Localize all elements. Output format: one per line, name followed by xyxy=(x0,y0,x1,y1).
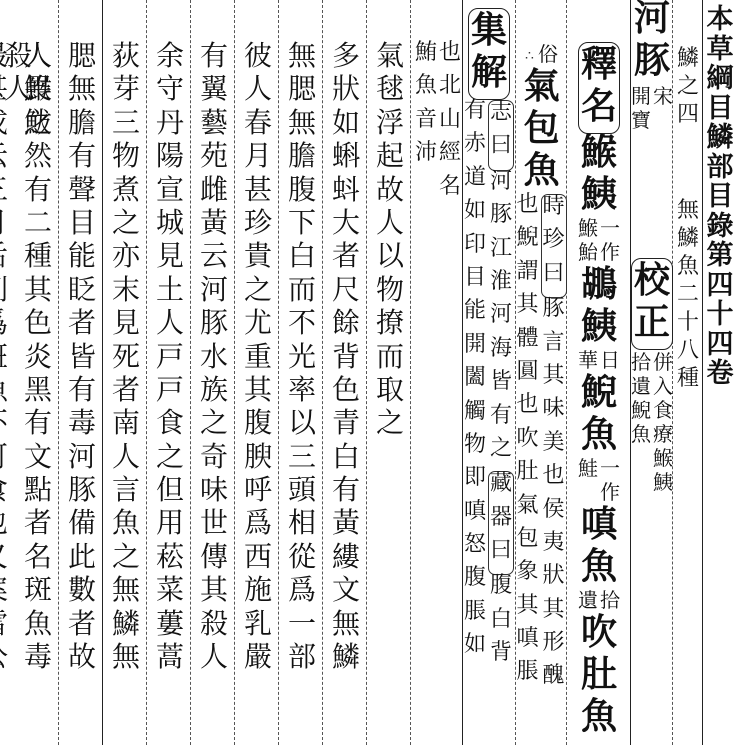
beishan-note: 也北山經名 鮪魚音沛 xyxy=(412,42,464,209)
glyph: 施 xyxy=(244,576,272,609)
zangqi-label: 藏器曰 xyxy=(488,471,514,575)
glyph: 菘 xyxy=(156,543,184,576)
glyph: 一 xyxy=(288,610,316,643)
glyph: 無 xyxy=(288,109,316,142)
glyph: 從 xyxy=(288,543,316,576)
glyph: 宋 xyxy=(653,86,673,110)
glyph: 人 xyxy=(200,643,228,676)
glyph: 傳 xyxy=(200,543,228,576)
glyph: 珍 xyxy=(543,229,565,262)
glyph: 之 xyxy=(490,438,512,471)
glyph: 殺 xyxy=(4,42,32,75)
glyph: 之 xyxy=(376,409,404,442)
glyph: 言 xyxy=(543,332,565,365)
section-heading: 鱗之四 xyxy=(674,48,702,132)
glyph: 雷 xyxy=(0,610,8,643)
body-column: 無腮無膽腹下白而不光率以三頭相從爲一部 xyxy=(280,42,324,676)
glyph: 如 xyxy=(332,109,360,142)
glyph: 世 xyxy=(200,509,228,542)
glyph: 不 xyxy=(0,409,8,442)
glyph: 鮧 xyxy=(581,308,617,350)
glyph: 者 xyxy=(332,242,360,275)
glyph: 鱗 xyxy=(677,48,699,76)
title-glyph: 錄 xyxy=(707,213,734,243)
glyph: 包 xyxy=(523,110,559,152)
glyph: 開 xyxy=(631,86,651,110)
glyph: 死 xyxy=(112,343,140,376)
glyph: 其 xyxy=(516,595,538,628)
glyph: 備 xyxy=(68,509,96,542)
glyph: 藝 xyxy=(200,109,228,142)
glyph: 其 xyxy=(516,294,538,327)
glyph: 戸 xyxy=(156,376,184,409)
glyph: 有 xyxy=(24,176,52,209)
jijie-label: 集解 xyxy=(468,8,510,100)
glyph: 人 xyxy=(156,309,184,342)
glyph: 蒿 xyxy=(156,643,184,676)
glyph: 宣 xyxy=(156,176,184,209)
title-glyph: 綱 xyxy=(707,65,734,95)
glyph: 曰 xyxy=(490,135,512,168)
glyph: 言 xyxy=(112,476,140,509)
title-glyph: 第 xyxy=(707,242,734,272)
glyph: 解 xyxy=(471,54,507,96)
glyph: 狀 xyxy=(332,75,360,108)
glyph: 鮧 xyxy=(653,472,673,496)
glyph: 二 xyxy=(677,284,699,312)
glyph: 頭 xyxy=(288,476,316,509)
glyph: 醜 xyxy=(543,665,565,698)
glyph: 鯢 xyxy=(516,227,538,260)
glyph: 奇 xyxy=(200,443,228,476)
glyph: 腮 xyxy=(68,42,96,75)
glyph: 見 xyxy=(156,242,184,275)
glyph: 取 xyxy=(376,376,404,409)
glyph: 形 xyxy=(543,632,565,665)
glyph: 蝌 xyxy=(332,142,360,175)
glyph: 煮 xyxy=(112,176,140,209)
glyph: 二 xyxy=(24,209,52,242)
glyph: 有 xyxy=(464,100,486,133)
glyph: 嗔 xyxy=(464,501,486,534)
glyph: 謂 xyxy=(516,261,538,294)
glyph: 鱗 xyxy=(332,643,360,676)
glyph: 名 xyxy=(24,543,52,576)
glyph: 魚 xyxy=(581,416,617,458)
glyph: 遺 xyxy=(631,376,651,400)
glyph: 有 xyxy=(68,376,96,409)
glyph: 種 xyxy=(677,368,699,396)
glyph: 云 xyxy=(200,242,228,275)
glyph: 無 xyxy=(332,610,360,643)
glyph: 肚 xyxy=(581,656,617,698)
glyph: 也 xyxy=(516,194,538,227)
glyph: 可 xyxy=(0,443,8,476)
glyph: 也 xyxy=(439,42,461,75)
zhi-label: 志曰 xyxy=(488,100,514,171)
glyph: 黃 xyxy=(332,509,360,542)
glyph: 十 xyxy=(677,312,699,340)
glyph: 併 xyxy=(653,352,673,376)
glyph: 無 xyxy=(68,75,96,108)
glyph: 之 xyxy=(112,209,140,242)
glyph: 豚 xyxy=(543,298,565,331)
glyph: 鱗 xyxy=(112,610,140,643)
glyph: 毬 xyxy=(376,75,404,108)
glyph: 斑 xyxy=(0,343,8,376)
section-count: 無鱗魚二十八種 xyxy=(674,200,702,396)
body-column: 最甚或云三月后則爲斑魚不可食也又案雷公 xyxy=(0,42,16,676)
body-column: 余守丹陽宣城見土人戸戸食之但用菘菜蔞蒿 xyxy=(148,42,192,676)
glyph: 膽 xyxy=(68,109,96,142)
glyph: 尺 xyxy=(332,276,360,309)
glyph: 以 xyxy=(288,409,316,442)
glyph: 療 xyxy=(653,424,673,448)
glyph: 余 xyxy=(156,42,184,75)
glyph: 八 xyxy=(677,340,699,368)
glyph: 校 xyxy=(634,262,670,304)
glyph: 三 xyxy=(0,176,8,209)
glyph: 其 xyxy=(543,599,565,632)
glyph: 人 xyxy=(244,75,272,108)
body-column: 氣毬浮起故人以物撩而取之 xyxy=(368,42,412,443)
glyph: 目 xyxy=(68,209,96,242)
glyph: 豚 xyxy=(490,204,512,237)
body-column: 彼人春月甚珍貴之尤重其腹腴呼爲西施乳嚴 xyxy=(236,42,280,676)
glyph: 西 xyxy=(244,543,272,576)
glyph: 曰 xyxy=(543,263,565,296)
body-column: 有翼藝苑雌黃云河豚水族之奇味世傳其殺人 xyxy=(192,42,236,676)
glyph: 如 xyxy=(464,634,486,667)
glyph: 毒 xyxy=(24,643,52,676)
glyph: 有 xyxy=(24,409,52,442)
glyph: 不 xyxy=(288,309,316,342)
glyph: 膽 xyxy=(288,142,316,175)
glyph: 鶘 xyxy=(581,266,617,308)
glyph: 魚 xyxy=(581,548,617,590)
title-glyph: 部 xyxy=(707,154,734,184)
glyph: 入 xyxy=(653,376,673,400)
glyph: 聲 xyxy=(68,176,96,209)
glyph: 苑 xyxy=(200,142,228,175)
glyph: 故 xyxy=(68,643,96,676)
glyph: 珍 xyxy=(244,209,272,242)
entry-name: 河豚 xyxy=(634,0,670,84)
glyph: 北 xyxy=(439,75,461,108)
glyph: 夷 xyxy=(543,532,565,565)
glyph: 其 xyxy=(24,276,52,309)
glyph: 目 xyxy=(464,267,486,300)
glyph: 嗔 xyxy=(516,628,538,661)
glyph: 氣 xyxy=(376,42,404,75)
glyph: 豚 xyxy=(68,476,96,509)
glyph: 其 xyxy=(543,365,565,398)
glyph: 后 xyxy=(0,242,8,275)
glyph: 河 xyxy=(200,276,228,309)
glyph: 守 xyxy=(156,75,184,108)
glyph: 曰 xyxy=(490,540,512,573)
glyph: 經 xyxy=(439,142,461,175)
glyph: 多 xyxy=(332,42,360,75)
glyph: 魚 xyxy=(523,152,559,194)
glyph: 相 xyxy=(288,509,316,542)
glyph: 鯢 xyxy=(581,374,617,416)
glyph: 腹 xyxy=(490,575,512,608)
glyph: 餘 xyxy=(332,309,360,342)
glyph: 末 xyxy=(112,276,140,309)
glyph: 河 xyxy=(68,443,96,476)
glyph: 印 xyxy=(464,234,486,267)
glyph: 用 xyxy=(156,509,184,542)
glyph: 魚 xyxy=(24,610,52,643)
glyph: 鯸 xyxy=(653,448,673,472)
glyph: 色 xyxy=(24,309,52,342)
glyph: 時 xyxy=(543,196,565,229)
column-rule xyxy=(702,0,703,745)
glyph: 春 xyxy=(244,109,272,142)
glyph: 亦 xyxy=(112,242,140,275)
glyph: 爲 xyxy=(0,309,8,342)
glyph: 闔 xyxy=(464,367,486,400)
title-glyph: 卷 xyxy=(707,360,734,390)
glyph: 人 xyxy=(112,443,140,476)
title-glyph: 十 xyxy=(707,301,734,331)
body-column: 荻芽三物煮之亦末見死者南人言魚之無鱗無 xyxy=(104,42,148,676)
body-column: 腮無膽有聲目能眨者皆有毒河豚備此數者故 xyxy=(60,42,104,676)
glyph: 肚 xyxy=(516,461,538,494)
glyph: 三 xyxy=(288,443,316,476)
glyph: 率 xyxy=(288,376,316,409)
glyph: 圓 xyxy=(516,361,538,394)
glyph: 公 xyxy=(0,643,8,676)
glyph: 然 xyxy=(24,142,52,175)
glyph: 象 xyxy=(516,561,538,594)
glyph: 殺 xyxy=(200,610,228,643)
glyph: 之 xyxy=(156,443,184,476)
title-glyph: 目 xyxy=(707,95,734,125)
glyph: 吹 xyxy=(581,614,617,656)
glyph: 狀 xyxy=(543,565,565,598)
glyph: 之 xyxy=(677,76,699,104)
glyph: 正 xyxy=(634,304,670,346)
glyph: 皆 xyxy=(490,371,512,404)
glyph: 黑 xyxy=(24,376,52,409)
entry-heading-column: 河豚 宋 開寶 xyxy=(632,0,672,134)
glyph: 呼 xyxy=(244,476,272,509)
glyph: 者 xyxy=(24,509,52,542)
jijie-column: 集解志曰河豚江淮河海皆有之藏器曰腹白背有赤道如印目能開闔觸物即嗔怒腹脹如 xyxy=(464,8,514,676)
glyph: 青 xyxy=(332,409,360,442)
glyph: 水 xyxy=(200,343,228,376)
glyph: 一 xyxy=(600,218,620,242)
glyph: 器 xyxy=(490,507,512,540)
glyph: 體 xyxy=(516,328,538,361)
glyph: 山 xyxy=(439,109,461,142)
glyph: 毒 xyxy=(68,409,96,442)
glyph: 侯 xyxy=(543,499,565,532)
glyph: 白 xyxy=(490,609,512,642)
glyph: 如 xyxy=(464,200,486,233)
glyph: 之 xyxy=(200,409,228,442)
glyph: 種 xyxy=(24,242,52,275)
glyph: 鮭 xyxy=(578,458,598,482)
glyph: 寶 xyxy=(631,110,651,134)
annotation-pair: 一作鮭 xyxy=(578,458,620,506)
glyph: 眨 xyxy=(68,276,96,309)
glyph: 其 xyxy=(200,576,228,609)
glyph: 陽 xyxy=(156,142,184,175)
entry-name-glyph: 豚 xyxy=(634,42,670,84)
glyph: 食 xyxy=(0,476,8,509)
glyph: 以 xyxy=(376,242,404,275)
glyph: 藏 xyxy=(490,473,512,506)
glyph: 土 xyxy=(156,276,184,309)
glyph: 有 xyxy=(200,42,228,75)
glyph: 故 xyxy=(376,176,404,209)
glyph: 皆 xyxy=(68,343,96,376)
glyph: 或 xyxy=(0,109,8,142)
glyph: 見 xyxy=(112,309,140,342)
glyph: 氣 xyxy=(523,68,559,110)
glyph: 乳 xyxy=(244,610,272,643)
glyph: 云 xyxy=(0,142,8,175)
glyph: 丹 xyxy=(156,109,184,142)
glyph: 部 xyxy=(288,643,316,676)
glyph: 戸 xyxy=(156,343,184,376)
glyph: 食 xyxy=(653,400,673,424)
glyph: 味 xyxy=(200,476,228,509)
glyph: 拾 xyxy=(631,352,651,376)
glyph: 氣 xyxy=(516,495,538,528)
glyph: 四 xyxy=(677,104,699,132)
glyph: 月 xyxy=(0,209,8,242)
glyph: 無 xyxy=(112,576,140,609)
glyph: 大 xyxy=(332,209,360,242)
glyph: 者 xyxy=(68,309,96,342)
glyph: 味 xyxy=(543,398,565,431)
glyph: 物 xyxy=(112,142,140,175)
glyph: 數 xyxy=(68,576,96,609)
glyph: 豚 xyxy=(200,309,228,342)
glyph: 淮 xyxy=(490,271,512,304)
title-glyph: 草 xyxy=(707,36,734,66)
shiming-label: 釋名 xyxy=(578,42,620,134)
shizhen-column: 俗∴氣包魚時珍曰豚言其味美也侯夷狀其形醜也鯢謂其體圓也吹肚氣包象其嗔脹 xyxy=(517,44,566,699)
glyph: 甚 xyxy=(244,176,272,209)
glyph: 撩 xyxy=(376,309,404,342)
glyph: 其 xyxy=(244,376,272,409)
glyph: 也 xyxy=(543,465,565,498)
glyph: 物 xyxy=(464,434,486,467)
glyph: 鯸 xyxy=(581,134,617,176)
glyph: 城 xyxy=(156,209,184,242)
glyph: 爲 xyxy=(244,509,272,542)
jiaozheng-label: 校正 xyxy=(631,258,673,350)
glyph: 食 xyxy=(156,409,184,442)
glyph: 美 xyxy=(543,432,565,465)
glyph: 觸 xyxy=(464,401,486,434)
glyph: 光 xyxy=(288,343,316,376)
glyph: 者 xyxy=(112,376,140,409)
title-glyph: 四 xyxy=(707,272,734,302)
glyph: 有 xyxy=(68,142,96,175)
glyph: 炎 xyxy=(24,343,52,376)
glyph: 文 xyxy=(24,443,52,476)
shiming-column: 釋名鯸鮧一作鯸鮐鶘鮧日華鯢魚一作鮭嗔魚拾遺吹肚魚 xyxy=(568,42,630,740)
glyph: 包 xyxy=(516,528,538,561)
glyph: 白 xyxy=(332,443,360,476)
glyph: 起 xyxy=(376,142,404,175)
glyph: 河 xyxy=(490,304,512,337)
entry-source-note: 宋 開寶 xyxy=(631,86,673,134)
punctuation-mark: ∴ xyxy=(525,48,534,64)
glyph: 荻 xyxy=(112,42,140,75)
glyph: 赤 xyxy=(464,133,486,166)
glyph: 嚴 xyxy=(244,643,272,676)
scanned-page: 本草綱目鱗部目錄第四十四卷 鱗之四 無鱗魚二十八種 河豚 宋 開寶 校正 併入食… xyxy=(0,0,736,745)
glyph: 鯸 xyxy=(578,218,598,242)
glyph: 魚 xyxy=(0,376,8,409)
glyph: 背 xyxy=(490,642,512,675)
glyph: 斑 xyxy=(24,576,52,609)
glyph: 志 xyxy=(490,102,512,135)
glyph: 腹 xyxy=(464,567,486,600)
body-column: 殺人 xyxy=(0,42,40,109)
glyph: 白 xyxy=(288,242,316,275)
glyph: 鱗 xyxy=(677,228,699,256)
glyph: 三 xyxy=(112,109,140,142)
glyph: 背 xyxy=(332,343,360,376)
glyph: 能 xyxy=(464,300,486,333)
glyph: 鮧 xyxy=(581,176,617,218)
glyph: 河 xyxy=(490,171,512,204)
glyph: 之 xyxy=(244,276,272,309)
glyph: 鮪 xyxy=(415,42,437,75)
glyph: 人 xyxy=(4,75,32,108)
glyph: 魚 xyxy=(631,424,651,448)
glyph: 集 xyxy=(471,12,507,54)
glyph: 雌 xyxy=(200,176,228,209)
glyph: 鯢 xyxy=(631,400,651,424)
glyph: 音 xyxy=(415,109,437,142)
shizhen-label: 時珍曰 xyxy=(541,194,567,298)
glyph: 點 xyxy=(24,476,52,509)
glyph: 尤 xyxy=(244,309,272,342)
glyph: 芽 xyxy=(112,75,140,108)
glyph: 也 xyxy=(0,509,8,542)
glyph: 有 xyxy=(490,405,512,438)
glyph: 而 xyxy=(288,276,316,309)
glyph: 則 xyxy=(0,276,8,309)
glyph: 魚 xyxy=(581,698,617,740)
glyph: 即 xyxy=(464,467,486,500)
glyph: 腴 xyxy=(244,443,272,476)
title-glyph: 本 xyxy=(707,6,734,36)
glyph: 南 xyxy=(112,409,140,442)
title-glyph: 鱗 xyxy=(707,124,734,154)
glyph: 無 xyxy=(677,200,699,228)
glyph: 脹 xyxy=(464,601,486,634)
glyph: 黃 xyxy=(200,209,228,242)
glyph: 鮁 xyxy=(24,109,52,142)
glyph: 腮 xyxy=(288,75,316,108)
glyph: 釋 xyxy=(581,46,617,88)
glyph: 無 xyxy=(112,643,140,676)
glyph: 又 xyxy=(0,543,8,576)
glyph: 無 xyxy=(288,42,316,75)
body-column: 多狀如蝌蚪大者尺餘背色青白有黃縷文無鱗 xyxy=(324,42,368,676)
glyph: 下 xyxy=(288,209,316,242)
